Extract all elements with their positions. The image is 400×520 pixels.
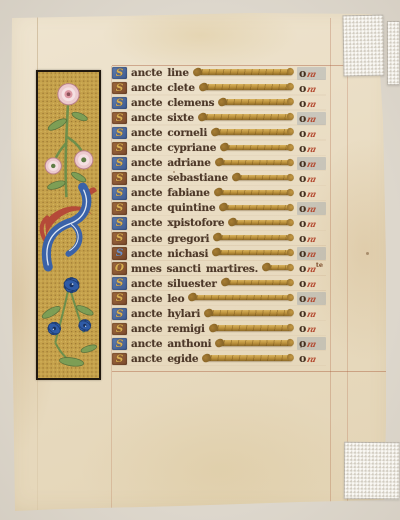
illuminated-initial: S bbox=[112, 157, 127, 170]
ora-response: ora bbox=[297, 232, 326, 245]
rose-flower-left bbox=[45, 158, 61, 174]
litany-line: S ancte gregori ora bbox=[112, 231, 326, 246]
ora-response: ora bbox=[297, 172, 326, 185]
saint-name: mnes sancti martires. bbox=[131, 263, 258, 275]
rose-flower-large bbox=[58, 84, 79, 105]
litany-line: S ancte clete ora bbox=[112, 81, 326, 96]
litany-line: S ancte clemens ora bbox=[112, 96, 326, 111]
gold-line-filler-icon bbox=[213, 129, 293, 135]
litany-line: S ancte remigi ora bbox=[112, 321, 326, 336]
response-ra-abbreviation: ra bbox=[306, 325, 316, 335]
gold-line-filler-icon bbox=[201, 84, 293, 90]
litany-line: O mnes sancti martires. orate bbox=[112, 261, 326, 276]
ora-response: ora bbox=[297, 142, 326, 155]
gold-line-filler-icon bbox=[195, 69, 293, 75]
illuminated-initial: S bbox=[112, 308, 127, 321]
litany-line: S ancte siluester ora bbox=[112, 276, 326, 291]
illuminated-initial: S bbox=[112, 247, 127, 260]
illuminated-initial: S bbox=[112, 277, 127, 290]
illuminated-initial: S bbox=[112, 217, 127, 230]
saint-name: ancte xpistofore bbox=[131, 217, 224, 229]
ora-response: ora bbox=[297, 292, 326, 305]
response-ra-abbreviation: ra bbox=[306, 355, 316, 365]
parchment-speck bbox=[366, 252, 369, 255]
litany-line: S ancte line ora bbox=[112, 66, 326, 81]
response-ra-abbreviation: ra bbox=[306, 160, 316, 170]
litany-line: S ancte leo ora bbox=[112, 291, 326, 306]
response-ra-abbreviation: ra bbox=[306, 205, 316, 215]
litany-line: S ancte hylari ora bbox=[112, 306, 326, 321]
gold-line-filler-icon bbox=[264, 265, 293, 271]
ora-response: ora bbox=[297, 337, 326, 350]
response-ra-abbreviation: ra bbox=[306, 175, 316, 185]
ora-response: ora bbox=[297, 67, 326, 80]
litany-line: S ancte anthoni ora bbox=[112, 336, 326, 351]
illuminated-initial: S bbox=[112, 82, 127, 95]
litany-line: S ancte xpistofore ora bbox=[112, 216, 326, 231]
cloth-mesh-hinge-bottom-right bbox=[344, 442, 400, 499]
saint-name: ancte leo bbox=[131, 293, 184, 305]
litany-line: S ancte adriane ora bbox=[112, 156, 326, 171]
saint-name: ancte cypriane bbox=[131, 142, 216, 154]
response-ra-abbreviation: ra bbox=[306, 100, 316, 110]
saint-name: ancte clemens bbox=[131, 97, 214, 109]
illuminated-initial: S bbox=[112, 67, 127, 80]
saint-name: ancte clete bbox=[131, 82, 195, 94]
response-ra-abbreviation: ra bbox=[306, 235, 316, 245]
response-ra-abbreviation: ra bbox=[306, 295, 316, 305]
floral-border-art bbox=[38, 72, 99, 378]
ruling-line-bottom bbox=[112, 371, 386, 372]
rose-flower-right bbox=[75, 151, 93, 169]
response-ra-abbreviation: ra bbox=[306, 310, 316, 320]
gold-line-filler-icon bbox=[220, 99, 293, 105]
illuminated-initial: S bbox=[112, 142, 127, 155]
ora-response: ora bbox=[297, 97, 326, 110]
illuminated-initial: S bbox=[112, 112, 127, 125]
gold-line-filler-icon bbox=[214, 250, 293, 256]
ora-response: ora bbox=[297, 277, 326, 290]
saint-name: ancte corneli bbox=[131, 127, 207, 139]
litany-line: S ancte sixte ora bbox=[112, 111, 326, 126]
ora-response: ora bbox=[297, 352, 326, 365]
gold-line-filler-icon bbox=[230, 220, 293, 226]
response-ra-abbreviation: ra bbox=[306, 115, 316, 125]
response-ra-abbreviation: ra bbox=[306, 265, 316, 275]
saint-name: ancte anthoni bbox=[131, 338, 211, 350]
saint-name: ancte egide bbox=[131, 353, 198, 365]
ora-response: ora bbox=[297, 202, 326, 215]
ora-response: ora bbox=[297, 157, 326, 170]
gold-line-filler-icon bbox=[206, 310, 293, 316]
ora-response: ora bbox=[297, 187, 326, 200]
floral-border-panel bbox=[36, 70, 101, 380]
ora-response: orate bbox=[297, 262, 326, 275]
illuminated-initial: S bbox=[112, 172, 127, 185]
gold-line-filler-icon bbox=[190, 295, 293, 301]
response-te-superscript: te bbox=[316, 261, 323, 269]
ora-response: ora bbox=[297, 217, 326, 230]
saint-name: ancte fabiane bbox=[131, 187, 210, 199]
saint-name: ancte quintine bbox=[131, 202, 215, 214]
ora-response: ora bbox=[297, 247, 326, 260]
ruling-line-vertical-right-2 bbox=[347, 18, 348, 506]
response-ra-abbreviation: ra bbox=[306, 220, 316, 230]
gold-line-filler-icon bbox=[200, 114, 293, 120]
saint-name: ancte adriane bbox=[131, 157, 211, 169]
gold-line-filler-icon bbox=[217, 160, 293, 166]
cloth-mesh-hinge-top-right-outer bbox=[387, 21, 400, 85]
illuminated-initial: S bbox=[112, 323, 127, 336]
gold-line-filler-icon bbox=[217, 340, 293, 346]
litany-text-block: S ancte line ora S ancte clete ora S anc… bbox=[112, 66, 326, 367]
response-ra-abbreviation: ra bbox=[306, 145, 316, 155]
response-ra-abbreviation: ra bbox=[306, 130, 316, 140]
litany-line: S ancte corneli ora bbox=[112, 126, 326, 141]
litany-line: S ancte cypriane ora bbox=[112, 141, 326, 156]
ora-response: ora bbox=[297, 112, 326, 125]
illuminated-initial: S bbox=[112, 202, 127, 215]
saint-name: ancte gregori bbox=[131, 233, 209, 245]
illuminated-initial: S bbox=[112, 187, 127, 200]
cloth-mesh-hinge-top-right bbox=[342, 15, 384, 77]
saint-name: ancte sixte bbox=[131, 112, 194, 124]
litany-line: S ancte fabiane ora bbox=[112, 186, 326, 201]
gold-line-filler-icon bbox=[216, 190, 293, 196]
gold-line-filler-icon bbox=[221, 205, 293, 211]
litany-line: S ancte egide ora bbox=[112, 351, 326, 366]
illuminated-initial: S bbox=[112, 353, 127, 366]
illuminated-initial: S bbox=[112, 127, 127, 140]
ora-response: ora bbox=[297, 322, 326, 335]
litany-line: S ancte quintine ora bbox=[112, 201, 326, 216]
gold-line-filler-icon bbox=[222, 145, 293, 151]
illuminated-initial: S bbox=[112, 338, 127, 351]
saint-name: ancte line bbox=[131, 67, 189, 79]
ora-response: ora bbox=[297, 307, 326, 320]
saint-name: ancte hylari bbox=[131, 308, 200, 320]
response-ra-abbreviation: ra bbox=[306, 250, 316, 260]
gold-line-filler-icon bbox=[223, 280, 293, 286]
response-ra-abbreviation: ra bbox=[306, 85, 316, 95]
response-ra-abbreviation: ra bbox=[306, 70, 316, 80]
litany-line: S ancte sebastiane ora bbox=[112, 171, 326, 186]
illuminated-initial: S bbox=[112, 232, 127, 245]
gold-line-filler-icon bbox=[211, 325, 293, 331]
ora-response: ora bbox=[297, 127, 326, 140]
parchment-leaf: S ancte line ora S ancte clete ora S anc… bbox=[0, 0, 400, 520]
gold-line-filler-icon bbox=[204, 355, 293, 361]
saint-name: ancte remigi bbox=[131, 323, 205, 335]
saint-name: ancte sebastiane bbox=[131, 172, 228, 184]
response-ra-abbreviation: ra bbox=[306, 340, 316, 350]
saint-name: ancte nichasi bbox=[131, 248, 208, 260]
manuscript-photo: S ancte line ora S ancte clete ora S anc… bbox=[0, 0, 400, 520]
ruling-line-vertical-right-1 bbox=[330, 18, 331, 506]
response-ra-abbreviation: ra bbox=[306, 280, 316, 290]
illuminated-initial: O bbox=[112, 262, 127, 275]
ora-response: ora bbox=[297, 82, 326, 95]
gold-line-filler-icon bbox=[234, 175, 293, 181]
illuminated-initial: S bbox=[112, 292, 127, 305]
saint-name: ancte siluester bbox=[131, 278, 217, 290]
response-ra-abbreviation: ra bbox=[306, 190, 316, 200]
litany-line: S ancte nichasi ora bbox=[112, 246, 326, 261]
gold-line-filler-icon bbox=[215, 235, 293, 241]
illuminated-initial: S bbox=[112, 97, 127, 110]
